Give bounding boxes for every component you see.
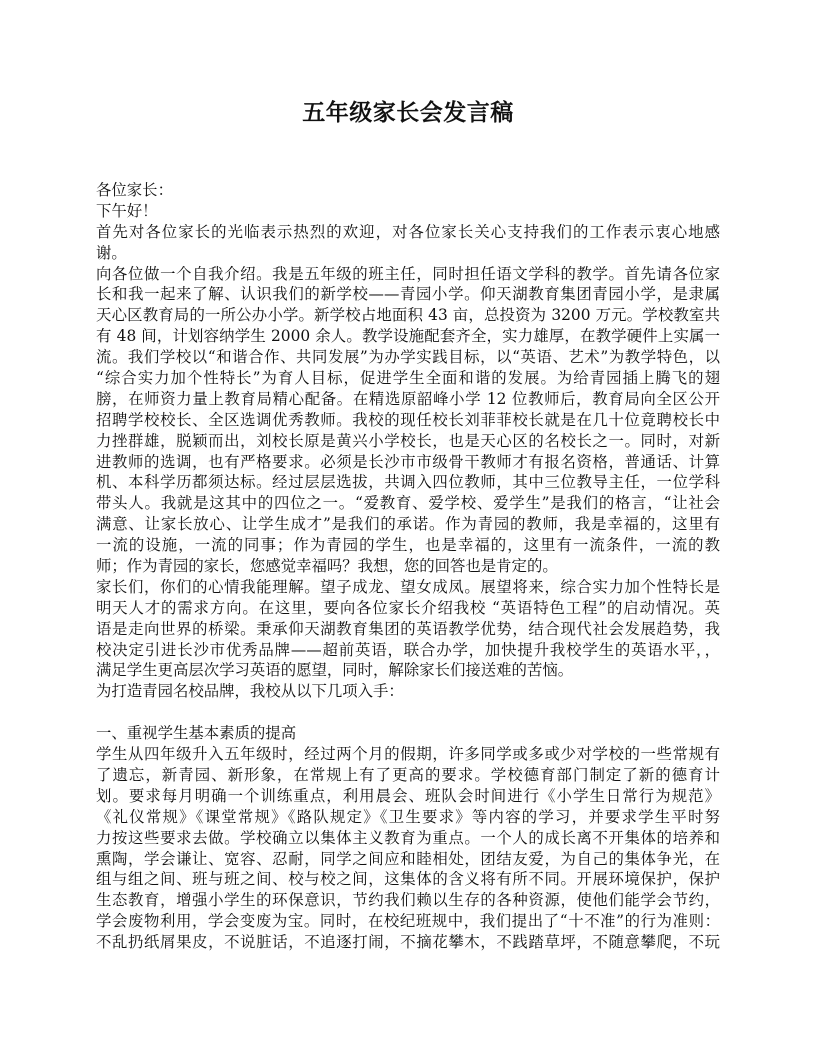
paragraph-welcome: 首先对各位家长的光临表示热烈的欢迎，对各位家长关心支持我们的工作表示衷心地感 谢…: [96, 222, 720, 264]
text-line: 师；作为青园的家长，您感觉幸福吗？我想，您的回答也是肯定的。: [96, 556, 720, 577]
text-line: 不乱扔纸屑果皮，不说脏话，不追逐打闹，不摘花攀木，不践踏草坪，不随意攀爬，不玩: [96, 932, 720, 953]
text-line: 为打造青园名校品牌，我校从以下几项入手：: [96, 681, 720, 702]
document-title: 五年级家长会发言稿: [0, 98, 816, 128]
section-heading: 一、重视学生基本素质的提高: [96, 723, 720, 744]
text-line: 长和我一起来了解、认识我们的新学校——青园小学。仰天湖教育集团青园小学，是隶属: [96, 284, 720, 305]
text-line: 力按这些要求去做。学校确立以集体主义教育为重点。一个人的成长离不开集体的培养和: [96, 828, 720, 849]
text-line: 力挫群雄，脱颖而出，刘校长原是黄兴小学校长，也是天心区的名校长之一。同时，对新: [96, 431, 720, 452]
text-line: 膀，在师资力量上教育局精心配备。在精选原韶峰小学 12 位教师后，教育局向全区公…: [96, 389, 720, 410]
paragraph-english-program: 家长们，你们的心情我能理解。望子成龙、望女成凤。展望将来，综合实力加个性特长是 …: [96, 577, 720, 681]
paragraph-introduction: 向各位做一个自我介绍。我是五年级的班主任，同时担任语文学科的教学。首先请各位家 …: [96, 264, 720, 577]
text-line: 明天人才的需求方向。在这里，要向各位家长介绍我校 “英语特色工程”的启动情况。英: [96, 598, 720, 619]
text-line: 了遗忘，新青园、新形象，在常规上有了更高的要求。学校德育部门制定了新的德育计: [96, 765, 720, 786]
text-line: 满足学生更高层次学习英语的愿望，同时，解除家长们接送难的苦恼。: [96, 660, 720, 681]
text-line: 有 48 间，计划容纳学生 2000 余人。教学设施配套齐全，实力雄厚，在教学硬…: [96, 326, 720, 347]
text-line: 组与组之间、班与班之间、校与校之间，这集体的含义将有所不同。开展环境保护，保护: [96, 869, 720, 890]
text-line: 谢。: [96, 243, 720, 264]
text-line: 生态教育，增强小学生的环保意识，节约我们赖以生存的各种资源，使他们能学会节约，: [96, 890, 720, 911]
document-body: 各位家长： 下午好！ 首先对各位家长的光临表示热烈的欢迎，对各位家长关心支持我们…: [96, 180, 720, 953]
document-page: 五年级家长会发言稿 各位家长： 下午好！ 首先对各位家长的光临表示热烈的欢迎，对…: [0, 0, 816, 1056]
text-line: 《礼仪常规》《课堂常规》《路队规定》《卫生要求》等内容的学习，并要求学生平时努: [96, 807, 720, 828]
greeting: 下午好！: [96, 201, 720, 222]
text-line: 进教师的选调，也有严格要求。必须是长沙市市级骨干教师才有报名资格，普通话、计算: [96, 452, 720, 473]
text-line: 学生从四年级升入五年级时，经过两个月的假期，许多同学或多或少对学校的一些常规有: [96, 744, 720, 765]
text-line: 天心区教育局的一所公办小学。新学校占地面积 43 亩，总投资为 3200 万元。…: [96, 305, 720, 326]
text-line: 家长们，你们的心情我能理解。望子成龙、望女成凤。展望将来，综合实力加个性特长是: [96, 577, 720, 598]
text-line: 校决定引进长沙市优秀品牌——超前英语，联合办学，加快提升我校学生的英语水平，，: [96, 640, 720, 661]
text-line: 划。要求每月明确一个训练重点，利用晨会、班队会时间进行《小学生日常行为规范》: [96, 786, 720, 807]
text-line: 招聘学校校长、全区选调优秀教师。我校的现任校长刘菲菲校长就是在几十位竟聘校长中: [96, 410, 720, 431]
text-line: 满意、让家长放心、让学生成才”是我们的承诺。作为青园的教师，我是幸福的，这里有: [96, 514, 720, 535]
text-line: 熏陶，学会谦让、宽容、忍耐，同学之间应和睦相处，团结友爱，为自己的集体争光，在: [96, 849, 720, 870]
text-line: 首先对各位家长的光临表示热烈的欢迎，对各位家长关心支持我们的工作表示衷心地感: [96, 222, 720, 243]
blank-line: [96, 702, 720, 723]
text-line: 向各位做一个自我介绍。我是五年级的班主任，同时担任语文学科的教学。首先请各位家: [96, 264, 720, 285]
text-line: 机、本科学历都须达标。经过层层选拔，共调入四位教师，其中三位教导主任，一位学科: [96, 472, 720, 493]
text-line: 流。我们学校以“和谐合作、共同发展”为办学实践目标，以“英语、艺术”为教学特色，…: [96, 347, 720, 368]
section-1: 一、重视学生基本素质的提高 学生从四年级升入五年级时，经过两个月的假期，许多同学…: [96, 723, 720, 953]
text-line: 学会废物利用，学会变废为宝。同时，在校纪班规中，我们提出了“十不准”的行为准则：: [96, 911, 720, 932]
text-line: 带头人。我就是这其中的四位之一。“爱教育、爱学校、爱学生”是我们的格言，“让社会: [96, 493, 720, 514]
text-line: “综合实力加个性特长”为育人目标，促进学生全面和谐的发展。为给青园插上腾飞的翅: [96, 368, 720, 389]
paragraph-approach-intro: 为打造青园名校品牌，我校从以下几项入手：: [96, 681, 720, 702]
text-line: 语是走向世界的桥梁。秉承仰天湖教育集团的英语教学优势，结合现代社会发展趋势，我: [96, 619, 720, 640]
salutation: 各位家长：: [96, 180, 720, 201]
text-line: 一流的设施，一流的同事；作为青园的学生，也是幸福的，这里有一流条件，一流的教: [96, 535, 720, 556]
